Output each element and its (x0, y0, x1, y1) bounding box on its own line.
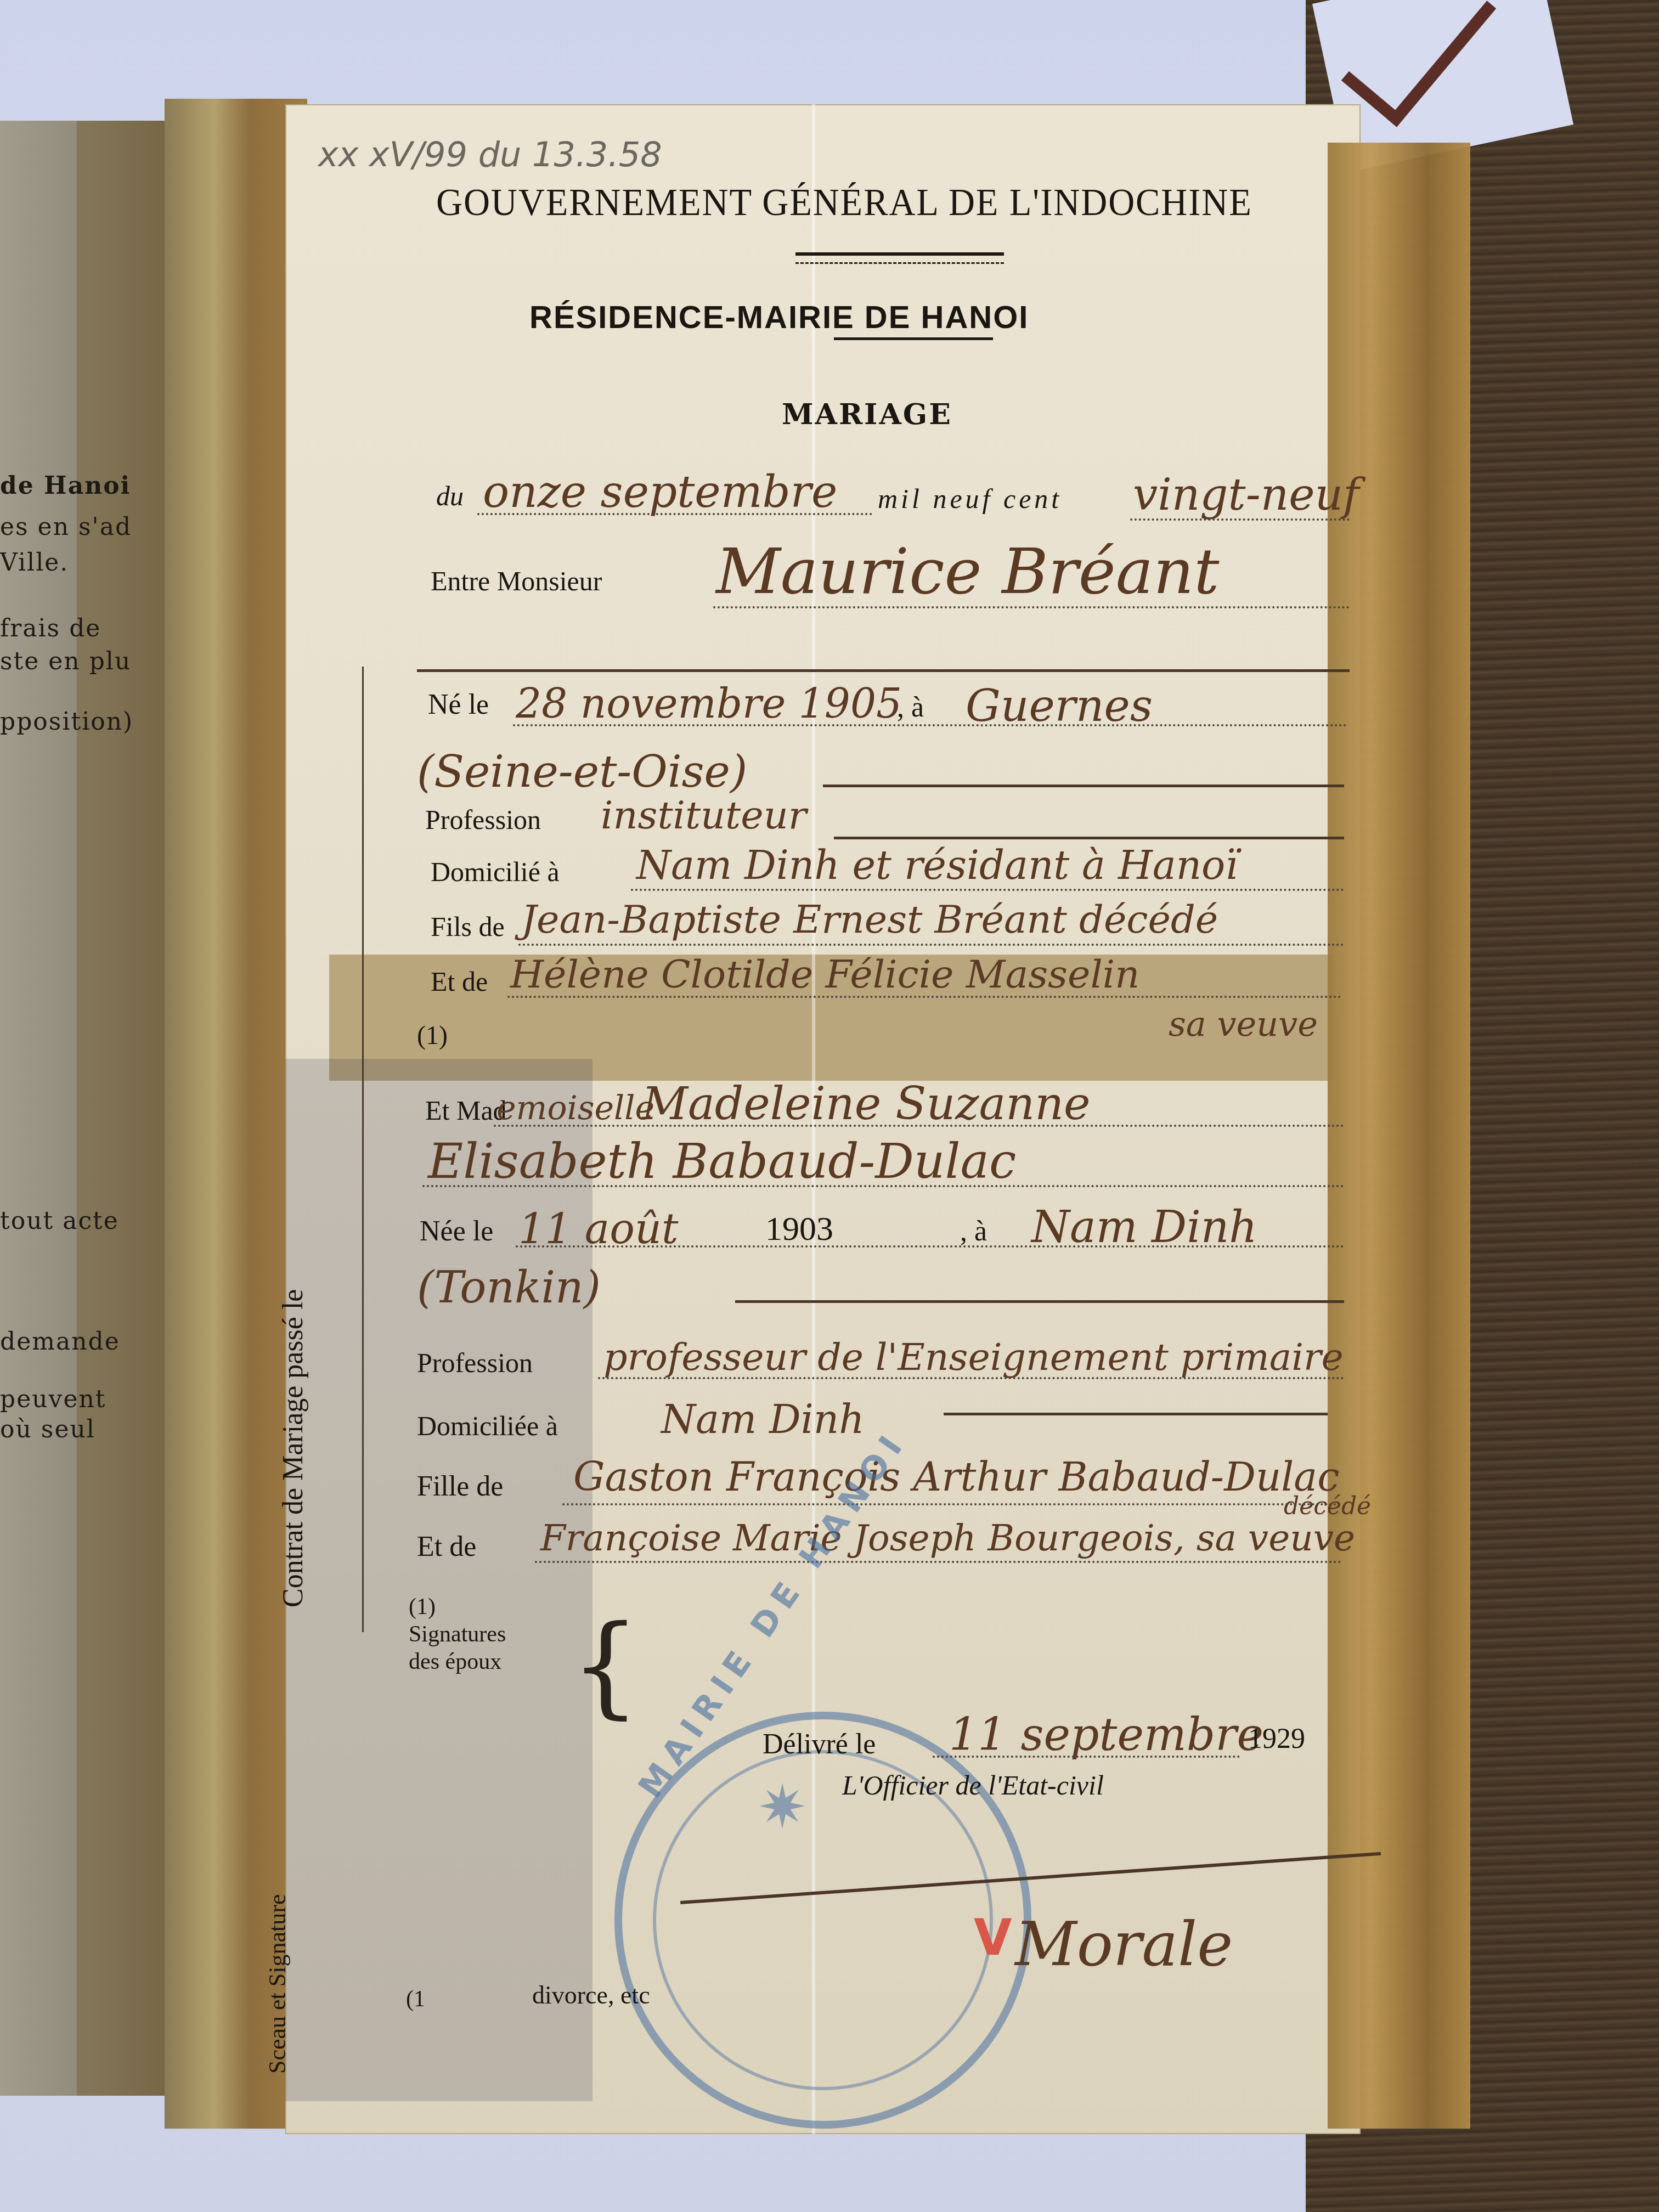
issued-year-value: 1929 (1248, 1723, 1305, 1755)
check-mark: V (974, 1909, 1012, 1967)
groom-mother-value: Hélène Clotilde Félicie Masselin (510, 952, 1139, 997)
dotted-line (477, 513, 872, 515)
left-page-tape (77, 121, 165, 2096)
bride-mother-value: Françoise Marie Joseph Bourgeois, sa veu… (540, 1517, 1355, 1559)
left-page-fragment: Ville. (0, 549, 69, 577)
groom-profession-value: instituteur (601, 793, 806, 838)
groom-name-value: Maurice Bréant (716, 535, 1220, 608)
bride-profession-value: professeur de l'Enseignement primaire (603, 1336, 1344, 1379)
archive-annotation: xx xV/99 du 13.3.58 (318, 134, 662, 174)
tape-repair-right-edge (1328, 143, 1470, 2129)
header-ornament (795, 252, 1004, 264)
dotted-line (713, 606, 1350, 608)
dotted-line (513, 724, 1347, 726)
groom-born-label: Né le (428, 689, 489, 721)
footnote-marker: (1 (406, 1986, 425, 2012)
groom-born-region-value: (Seine-et-Oise) (417, 746, 747, 797)
issued-label: Délivré le (763, 1728, 876, 1760)
groom-profession-label: Profession (425, 804, 541, 836)
bride-born-year-value: 1903 (765, 1210, 833, 1249)
bride-father-label: Fille de (417, 1470, 503, 1503)
groom-mother-label: Et de (431, 966, 488, 997)
bride-born-label: Née le (420, 1215, 493, 1248)
fill-rule (944, 1413, 1328, 1415)
fill-rule (823, 785, 1344, 787)
dotted-line (1130, 518, 1350, 521)
left-page-fragment: demande (0, 1328, 120, 1356)
contract-margin-label: Contrat de Mariage passé le (277, 1289, 309, 1607)
groom-footnote-marker: (1) (417, 1020, 448, 1051)
left-page-fragment: es en s'ad (0, 513, 132, 541)
bride-born-region-value: (Tonkin) (417, 1262, 601, 1313)
dotted-line (933, 1756, 1240, 1758)
dotted-line (507, 996, 1341, 998)
date-prefix-label: du (436, 480, 464, 512)
signatures-label-line1: Signatures (409, 1621, 506, 1647)
government-header: GOUVERNEMENT GÉNÉRAL DE L'INDOCHINE (436, 181, 1252, 225)
act-type-title: MARIAGE (782, 398, 952, 431)
footnote-text: divorce, etc (532, 1980, 650, 2010)
groom-mother-note: sa veuve (1169, 1004, 1318, 1044)
bride-father-value: Gaston François Arthur Babaud-Dulac (573, 1454, 1340, 1500)
dotted-line (562, 1503, 1341, 1505)
left-page-fragment: peuvent (0, 1385, 106, 1413)
officer-signature: Morale (1015, 1909, 1233, 1979)
bride-at-label: , à (960, 1215, 987, 1248)
seal-margin-label: Sceau et Signature (263, 1894, 291, 2074)
margin-rule (362, 667, 364, 1632)
bride-father-note: décédé (1284, 1492, 1371, 1520)
bride-intro-label: Et Mad (425, 1094, 507, 1126)
stamp-star-icon: ✷ (757, 1772, 808, 1843)
groom-father-value: Jean-Baptiste Ernest Bréant décédé (521, 897, 1218, 942)
groom-father-label: Fils de (431, 911, 505, 943)
dotted-line (518, 944, 1344, 946)
left-page-fragment: où seul (0, 1415, 95, 1443)
dotted-line (494, 1125, 1344, 1127)
signatures-footnote-marker: (1) (409, 1594, 436, 1620)
left-page-fragment: ste en plu (0, 647, 131, 675)
issued-date-value: 11 septembre (949, 1709, 1263, 1761)
groom-domicile-value: Nam Dinh et résidant à Hanoï (636, 842, 1238, 888)
dotted-line (516, 1245, 1344, 1248)
date-day-month-value: onze septembre (483, 466, 837, 517)
dotted-line (422, 1185, 1344, 1187)
left-page-fragment: frais de (0, 614, 101, 642)
section-rule (417, 669, 1350, 672)
dotted-line (535, 1561, 1341, 1563)
office-header: RÉSIDENCE-MAIRIE DE HANOI (529, 299, 1029, 336)
groom-intro-label: Entre Monsieur (431, 565, 602, 597)
groom-domicile-label: Domicilié à (431, 856, 560, 888)
bride-name-line2-value: Elisabeth Babaud-Dulac (428, 1133, 1016, 1189)
bride-domicile-value: Nam Dinh (661, 1396, 865, 1442)
bride-intro-completion: emoiselle (496, 1089, 654, 1127)
groom-born-date-value: 28 novembre 1905 (516, 680, 902, 727)
bride-mother-label: Et de (417, 1531, 476, 1563)
signatures-label-line2: des époux (409, 1649, 501, 1675)
bride-domicile-label: Domiciliée à (417, 1410, 558, 1442)
bride-name-line1-value: Madeleine Suzanne (642, 1078, 1090, 1130)
dotted-line (598, 1377, 1344, 1379)
official-stamp-inner-ring (653, 1750, 993, 2090)
signature-brace-icon: { (571, 1602, 640, 1730)
fill-rule (735, 1300, 1344, 1303)
officer-label: L'Officier de l'Etat-civil (842, 1769, 1104, 1801)
left-page-fragment: tout acte (0, 1207, 119, 1235)
fill-rule (834, 837, 1344, 839)
left-page-fragment: pposition) (0, 708, 133, 736)
dotted-line (631, 889, 1344, 891)
groom-at-label: , à (897, 691, 924, 724)
bride-profession-label: Profession (417, 1347, 533, 1379)
header-underline (834, 337, 993, 340)
date-mid-label: mil neuf cent (878, 483, 1062, 515)
date-year-value: vingt-neuf (1133, 469, 1359, 520)
left-page-fragment: de Hanoi (0, 472, 131, 500)
